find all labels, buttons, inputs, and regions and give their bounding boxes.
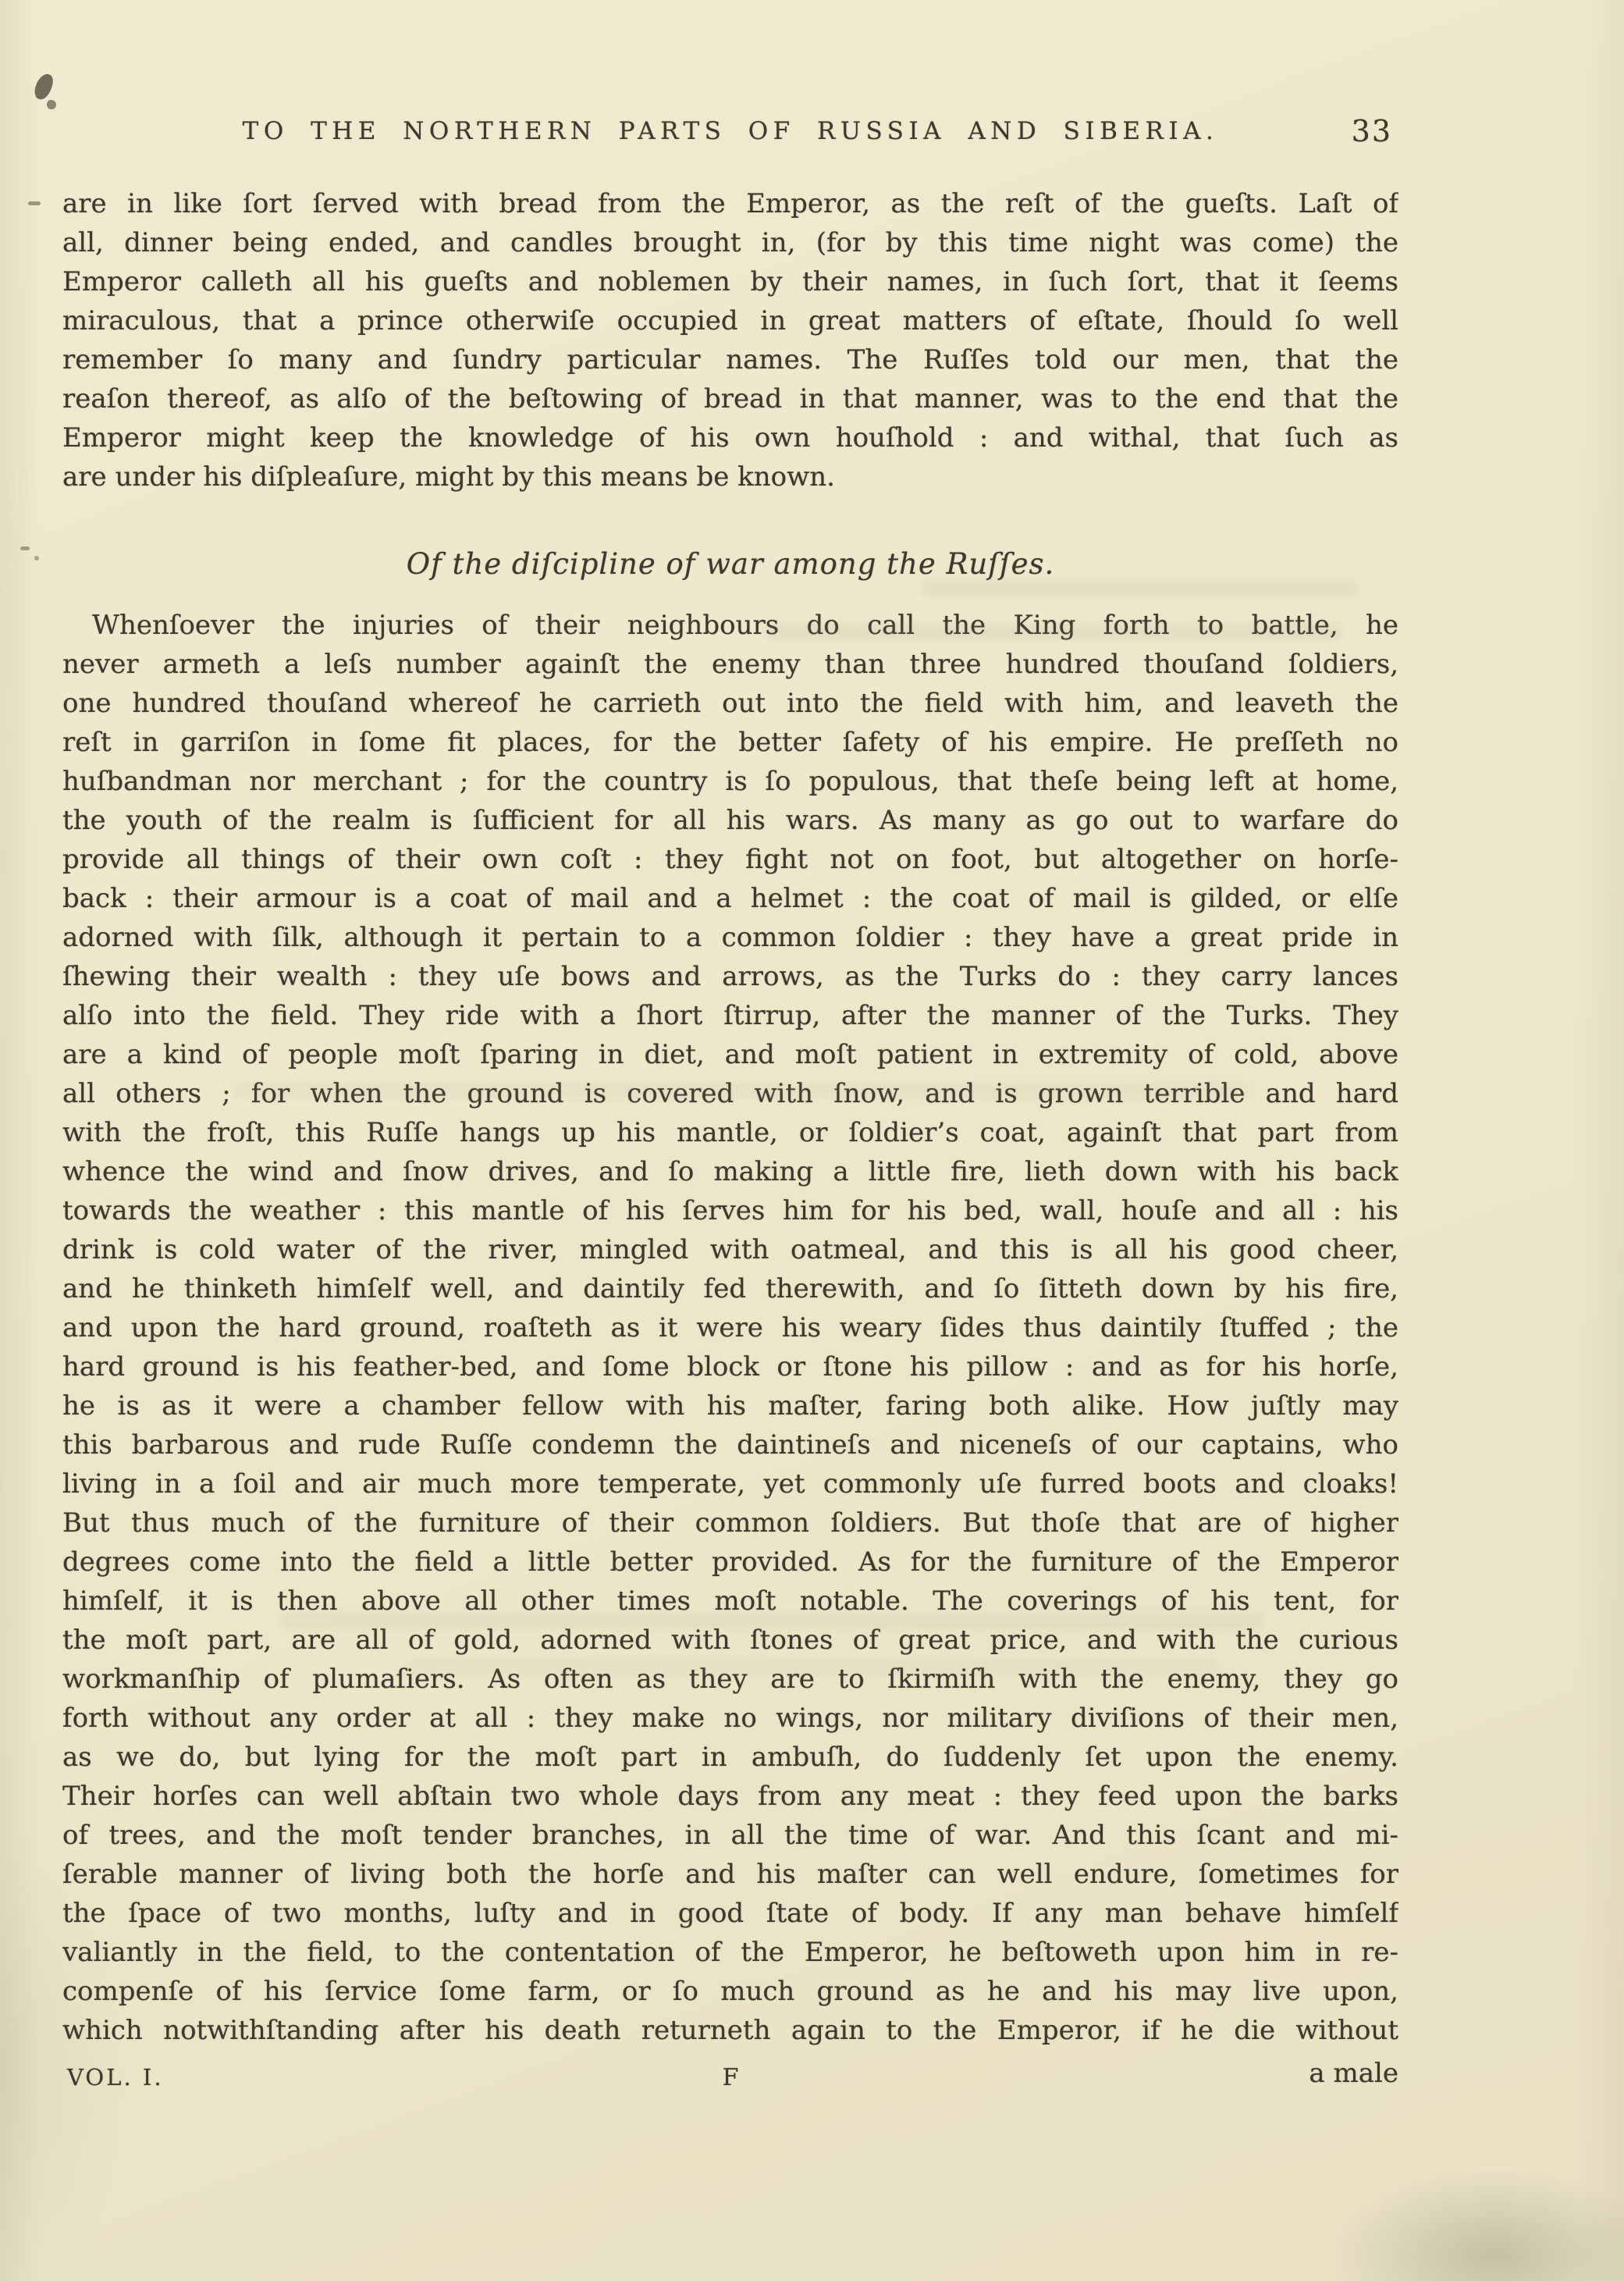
text-line: the ſpace of two months, luſty and in go… — [62, 1894, 1398, 1933]
text-line: remember ſo many and ſundry particular n… — [62, 340, 1398, 379]
text-line: miraculous, that a prince otherwiſe occu… — [62, 301, 1398, 340]
text-line: as we do, but lying for the moſt part in… — [62, 1738, 1398, 1777]
text-line: forth without any order at all : they ma… — [62, 1699, 1398, 1738]
text-line: adorned with ſilk, although it pertain t… — [62, 918, 1398, 957]
text-line: the youth of the realm is ſufficient for… — [62, 801, 1398, 840]
section-heading: Of the diſcipline of war among the Ruſſe… — [62, 545, 1398, 584]
text-line: he is as it were a chamber fellow with h… — [62, 1386, 1398, 1425]
page-footer: VOL. I. F a male — [62, 2058, 1398, 2097]
footer-volume: VOL. I. — [67, 2064, 164, 2091]
text-line: are in like ſort ſerved with bread from … — [62, 184, 1398, 223]
footer-catchword: a male — [1309, 2058, 1398, 2089]
text-line: one hundred thouſand whereof he carrieth… — [62, 684, 1398, 723]
page-header: TO THE NORTHERN PARTS OF RUSSIA AND SIBE… — [62, 117, 1398, 155]
text-line: back : their armour is a coat of mail an… — [62, 879, 1398, 918]
text-line: compenſe of his ſervice ſome farm, or ſo… — [62, 1972, 1398, 2011]
book-page: TO THE NORTHERN PARTS OF RUSSIA AND SIBE… — [0, 0, 1624, 2281]
paragraph: are in like ſort ſerved with bread from … — [62, 184, 1398, 496]
text-line: ſerable manner of living both the horſe … — [62, 1855, 1398, 1894]
text-line: drink is cold water of the river, mingle… — [62, 1230, 1398, 1269]
page-body: are in like ſort ſerved with bread from … — [62, 184, 1398, 2050]
page-number: 33 — [1352, 114, 1392, 148]
text-line: are a kind of people moſt ſparing in die… — [62, 1035, 1398, 1074]
ink-speck — [20, 546, 30, 550]
text-line: huſbandman nor merchant ; for the countr… — [62, 762, 1398, 801]
text-line: hard ground is his feather-bed, and ſome… — [62, 1347, 1398, 1386]
text-line: alſo into the field. They ride with a ſh… — [62, 996, 1398, 1035]
text-line: But thus much of the furniture of their … — [62, 1503, 1398, 1543]
text-line: never armeth a leſs number againſt the e… — [62, 645, 1398, 684]
text-line: of trees, and the moſt tender branches, … — [62, 1816, 1398, 1855]
text-line: whence the wind and ſnow drives, and ſo … — [62, 1152, 1398, 1191]
show-through-smudge — [234, 1082, 1249, 1099]
text-line: are under his diſpleaſure, might by this… — [62, 457, 1398, 496]
show-through-smudge — [921, 579, 1358, 596]
text-line: living in a ſoil and air much more tempe… — [62, 1464, 1398, 1503]
paragraph: Whenſoever the injuries of their neighbo… — [62, 606, 1398, 2050]
text-line: all, dinner being ended, and candles bro… — [62, 223, 1398, 262]
running-header: TO THE NORTHERN PARTS OF RUSSIA AND SIBE… — [62, 117, 1398, 145]
text-line: provide all things of their own coſt : t… — [62, 840, 1398, 879]
text-line: which notwithſtanding after his death re… — [62, 2011, 1398, 2050]
text-line: this barbarous and rude Ruſſe condemn th… — [62, 1425, 1398, 1464]
text-line: with the froſt, this Ruſſe hangs up his … — [62, 1113, 1398, 1152]
text-line: ſhewing their wealth : they uſe bows and… — [62, 957, 1398, 996]
text-line: and he thinketh himſelf well, and dainti… — [62, 1269, 1398, 1308]
text-line: Emperor might keep the knowledge of his … — [62, 418, 1398, 457]
ink-speck — [47, 100, 56, 109]
ink-speck — [28, 201, 41, 205]
ink-speck — [32, 72, 55, 102]
text-line: Their horſes can well abſtain two whole … — [62, 1777, 1398, 1816]
footer-signature: F — [723, 2064, 739, 2091]
show-through-smudge — [281, 1613, 1264, 1630]
show-through-smudge — [406, 1658, 1217, 1675]
text-line: degrees come into the field a little bet… — [62, 1543, 1398, 1582]
ink-speck — [34, 556, 39, 560]
text-line: reaſon thereof, as alſo of the beſtowing… — [62, 379, 1398, 418]
text-line: Emperor calleth all his gueſts and noble… — [62, 262, 1398, 301]
text-line: valiantly in the field, to the contentat… — [62, 1933, 1398, 1972]
text-line: towards the weather : this mantle of his… — [62, 1191, 1398, 1230]
text-line: reſt in garriſon in ſome fit places, for… — [62, 723, 1398, 762]
text-line: and upon the hard ground, roaſteth as it… — [62, 1308, 1398, 1347]
show-through-smudge — [765, 623, 1342, 640]
